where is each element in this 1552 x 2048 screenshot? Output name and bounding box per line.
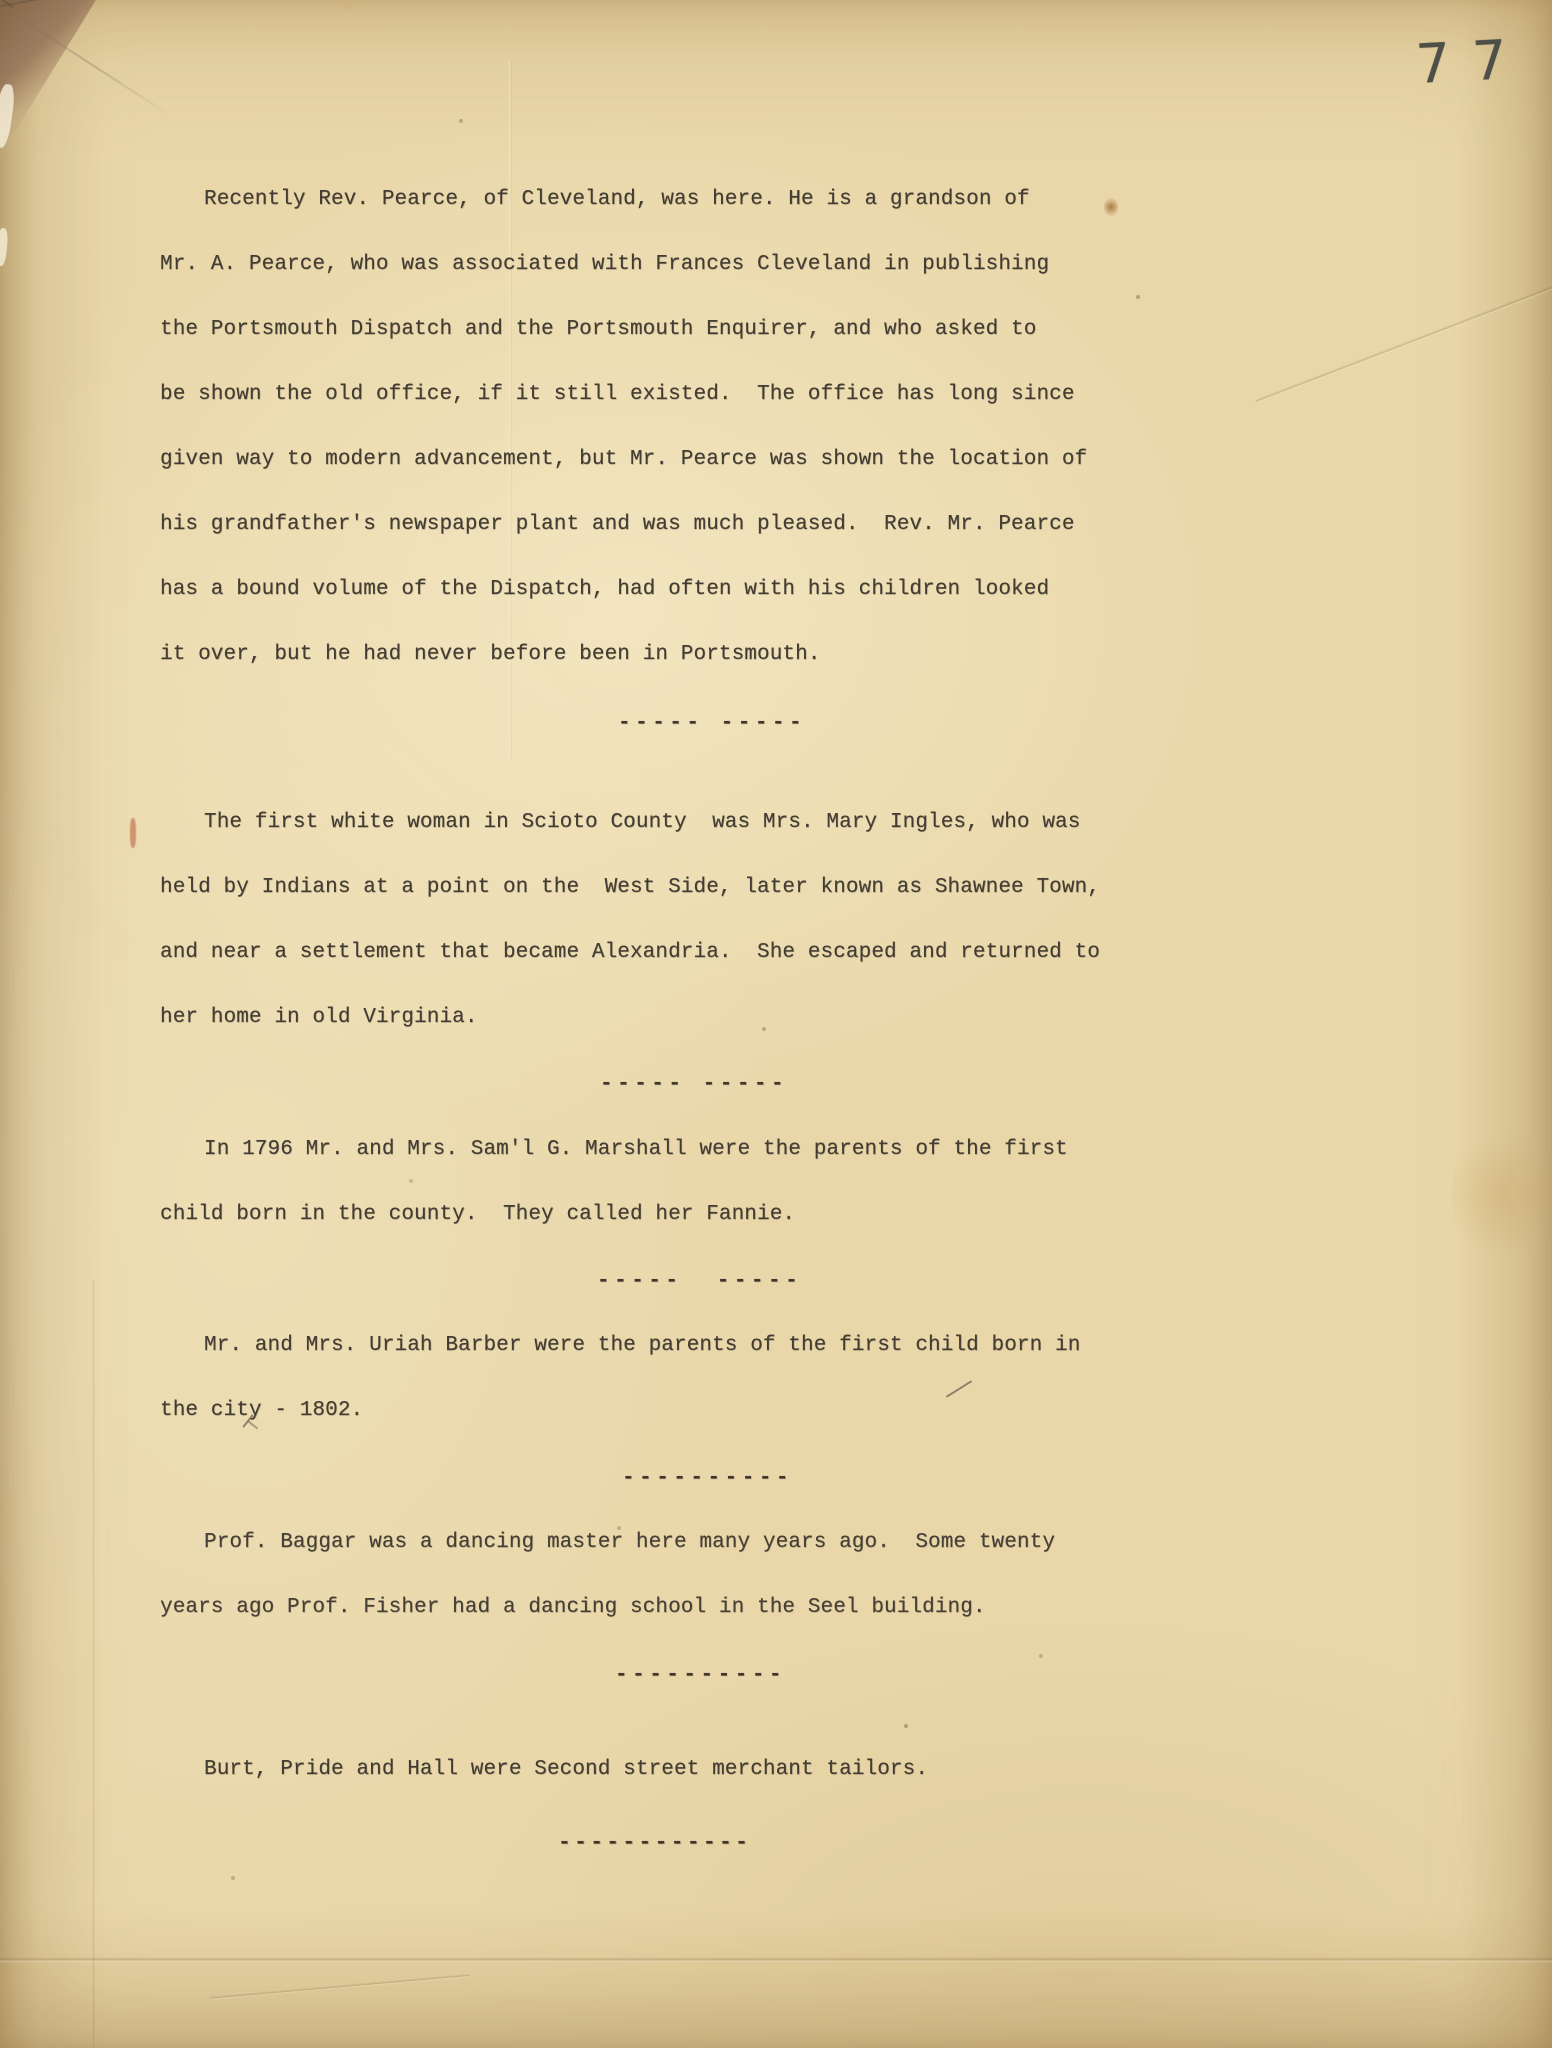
section-divider: ----- ----- <box>618 712 806 735</box>
paragraph-uriah-barber: Mr. and Mrs. Uriah Barber were the paren… <box>160 1313 1170 1443</box>
paragraph-rev-pearce: Recently Rev. Pearce, of Cleveland, was … <box>160 167 1170 687</box>
paragraph-dancing-masters: Prof. Baggar was a dancing master here m… <box>160 1510 1170 1640</box>
handwritten-page-number: 77 <box>1414 27 1530 96</box>
section-divider: ----- ----- <box>597 1270 802 1293</box>
paper-crease <box>0 1957 1552 1963</box>
paper-crease <box>92 1280 95 2048</box>
edge-tear <box>0 228 9 267</box>
paragraph-marshall-first-child: In 1796 Mr. and Mrs. Sam'l G. Marshall w… <box>160 1117 1170 1247</box>
paragraph-merchant-tailors: Burt, Pride and Hall were Second street … <box>160 1737 1170 1802</box>
paper-crease <box>210 1974 469 2001</box>
edge-tear <box>330 0 364 9</box>
section-divider: ------------ <box>558 1832 751 1855</box>
paragraph-mary-ingles: The first white woman in Scioto County w… <box>160 790 1170 1050</box>
section-divider: ---------- <box>622 1467 793 1490</box>
paper-stain <box>130 818 136 848</box>
section-divider: ---------- <box>615 1664 786 1687</box>
paper-stain <box>1452 1120 1552 1270</box>
torn-corner <box>0 0 96 156</box>
document-page: 77 Recently Rev. Pearce, of Cleveland, w… <box>0 0 1552 2048</box>
section-divider: ----- ----- <box>600 1073 788 1096</box>
paper-crease <box>1255 281 1552 404</box>
